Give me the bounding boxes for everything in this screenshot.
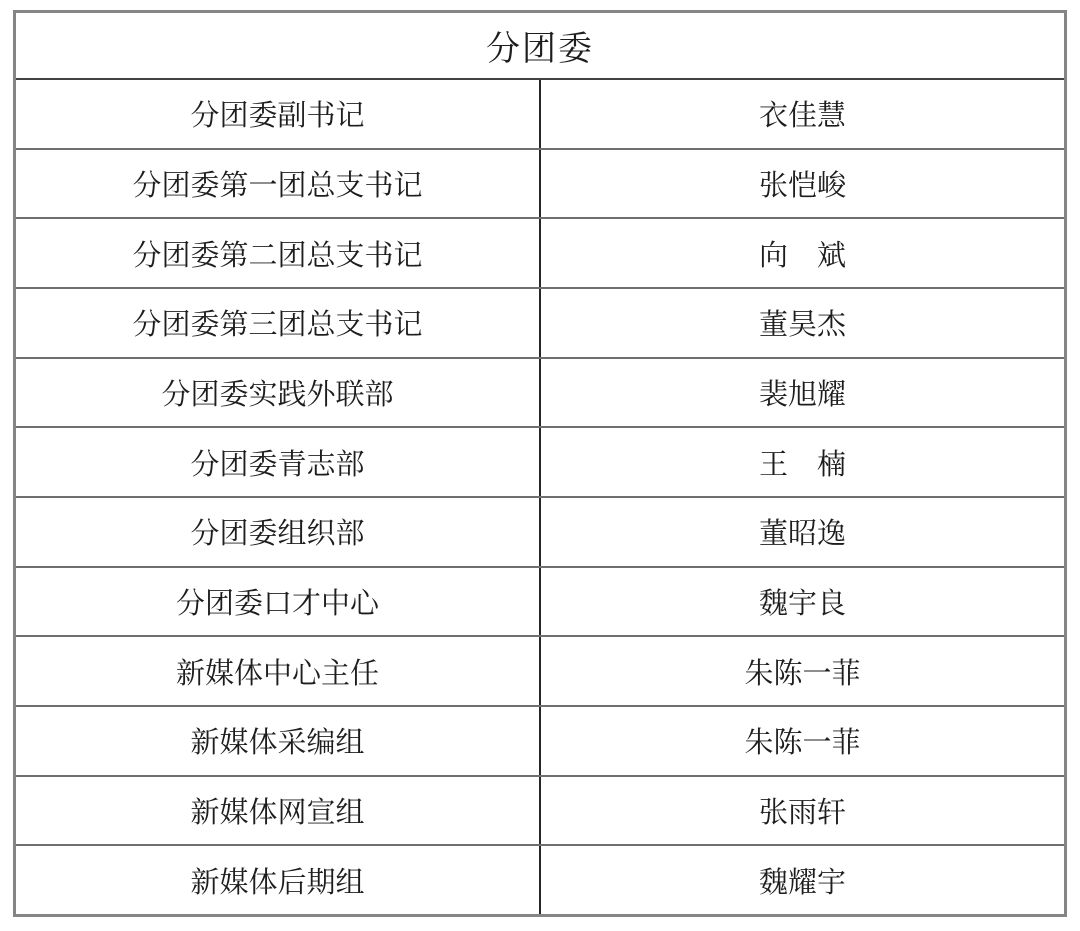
name-cell: 张雨轩 — [541, 777, 1064, 845]
table-row: 新媒体中心主任 朱陈一菲 — [16, 635, 1064, 705]
position-cell: 分团委青志部 — [16, 428, 541, 496]
name-cell: 向 斌 — [541, 219, 1064, 287]
org-table: 分团委 分团委副书记 衣佳慧 分团委第一团总支书记 张恺峻 分团委第二团总支书记… — [13, 10, 1067, 917]
name-cell: 王 楠 — [541, 428, 1064, 496]
table-row: 分团委实践外联部 裴旭耀 — [16, 357, 1064, 427]
table-row: 新媒体采编组 朱陈一菲 — [16, 705, 1064, 775]
position-cell: 分团委副书记 — [16, 80, 541, 148]
position-cell: 分团委口才中心 — [16, 568, 541, 636]
name-cell: 张恺峻 — [541, 150, 1064, 218]
table-row: 新媒体网宣组 张雨轩 — [16, 775, 1064, 845]
name-cell: 魏宇良 — [541, 568, 1064, 636]
name-cell: 魏耀宇 — [541, 846, 1064, 914]
table-title: 分团委 — [486, 21, 594, 70]
position-cell: 新媒体采编组 — [16, 707, 541, 775]
name-cell: 裴旭耀 — [541, 359, 1064, 427]
position-cell: 分团委实践外联部 — [16, 359, 541, 427]
position-cell: 分团委组织部 — [16, 498, 541, 566]
table-body: 分团委副书记 衣佳慧 分团委第一团总支书记 张恺峻 分团委第二团总支书记 向 斌… — [16, 80, 1064, 914]
table-row: 分团委第二团总支书记 向 斌 — [16, 217, 1064, 287]
table-row: 分团委第三团总支书记 董昊杰 — [16, 287, 1064, 357]
position-cell: 分团委第一团总支书记 — [16, 150, 541, 218]
position-cell: 新媒体后期组 — [16, 846, 541, 914]
table-row: 分团委组织部 董昭逸 — [16, 496, 1064, 566]
name-cell: 董昊杰 — [541, 289, 1064, 357]
table-row: 新媒体后期组 魏耀宇 — [16, 844, 1064, 914]
page-root: 分团委 分团委副书记 衣佳慧 分团委第一团总支书记 张恺峻 分团委第二团总支书记… — [0, 0, 1080, 931]
position-cell: 新媒体网宣组 — [16, 777, 541, 845]
table-title-row: 分团委 — [16, 13, 1064, 80]
table-row: 分团委副书记 衣佳慧 — [16, 80, 1064, 148]
position-cell: 新媒体中心主任 — [16, 637, 541, 705]
name-cell: 朱陈一菲 — [541, 707, 1064, 775]
name-cell: 朱陈一菲 — [541, 637, 1064, 705]
table-row: 分团委第一团总支书记 张恺峻 — [16, 148, 1064, 218]
table-row: 分团委青志部 王 楠 — [16, 426, 1064, 496]
position-cell: 分团委第二团总支书记 — [16, 219, 541, 287]
position-cell: 分团委第三团总支书记 — [16, 289, 541, 357]
name-cell: 董昭逸 — [541, 498, 1064, 566]
table-row: 分团委口才中心 魏宇良 — [16, 566, 1064, 636]
name-cell: 衣佳慧 — [541, 80, 1064, 148]
